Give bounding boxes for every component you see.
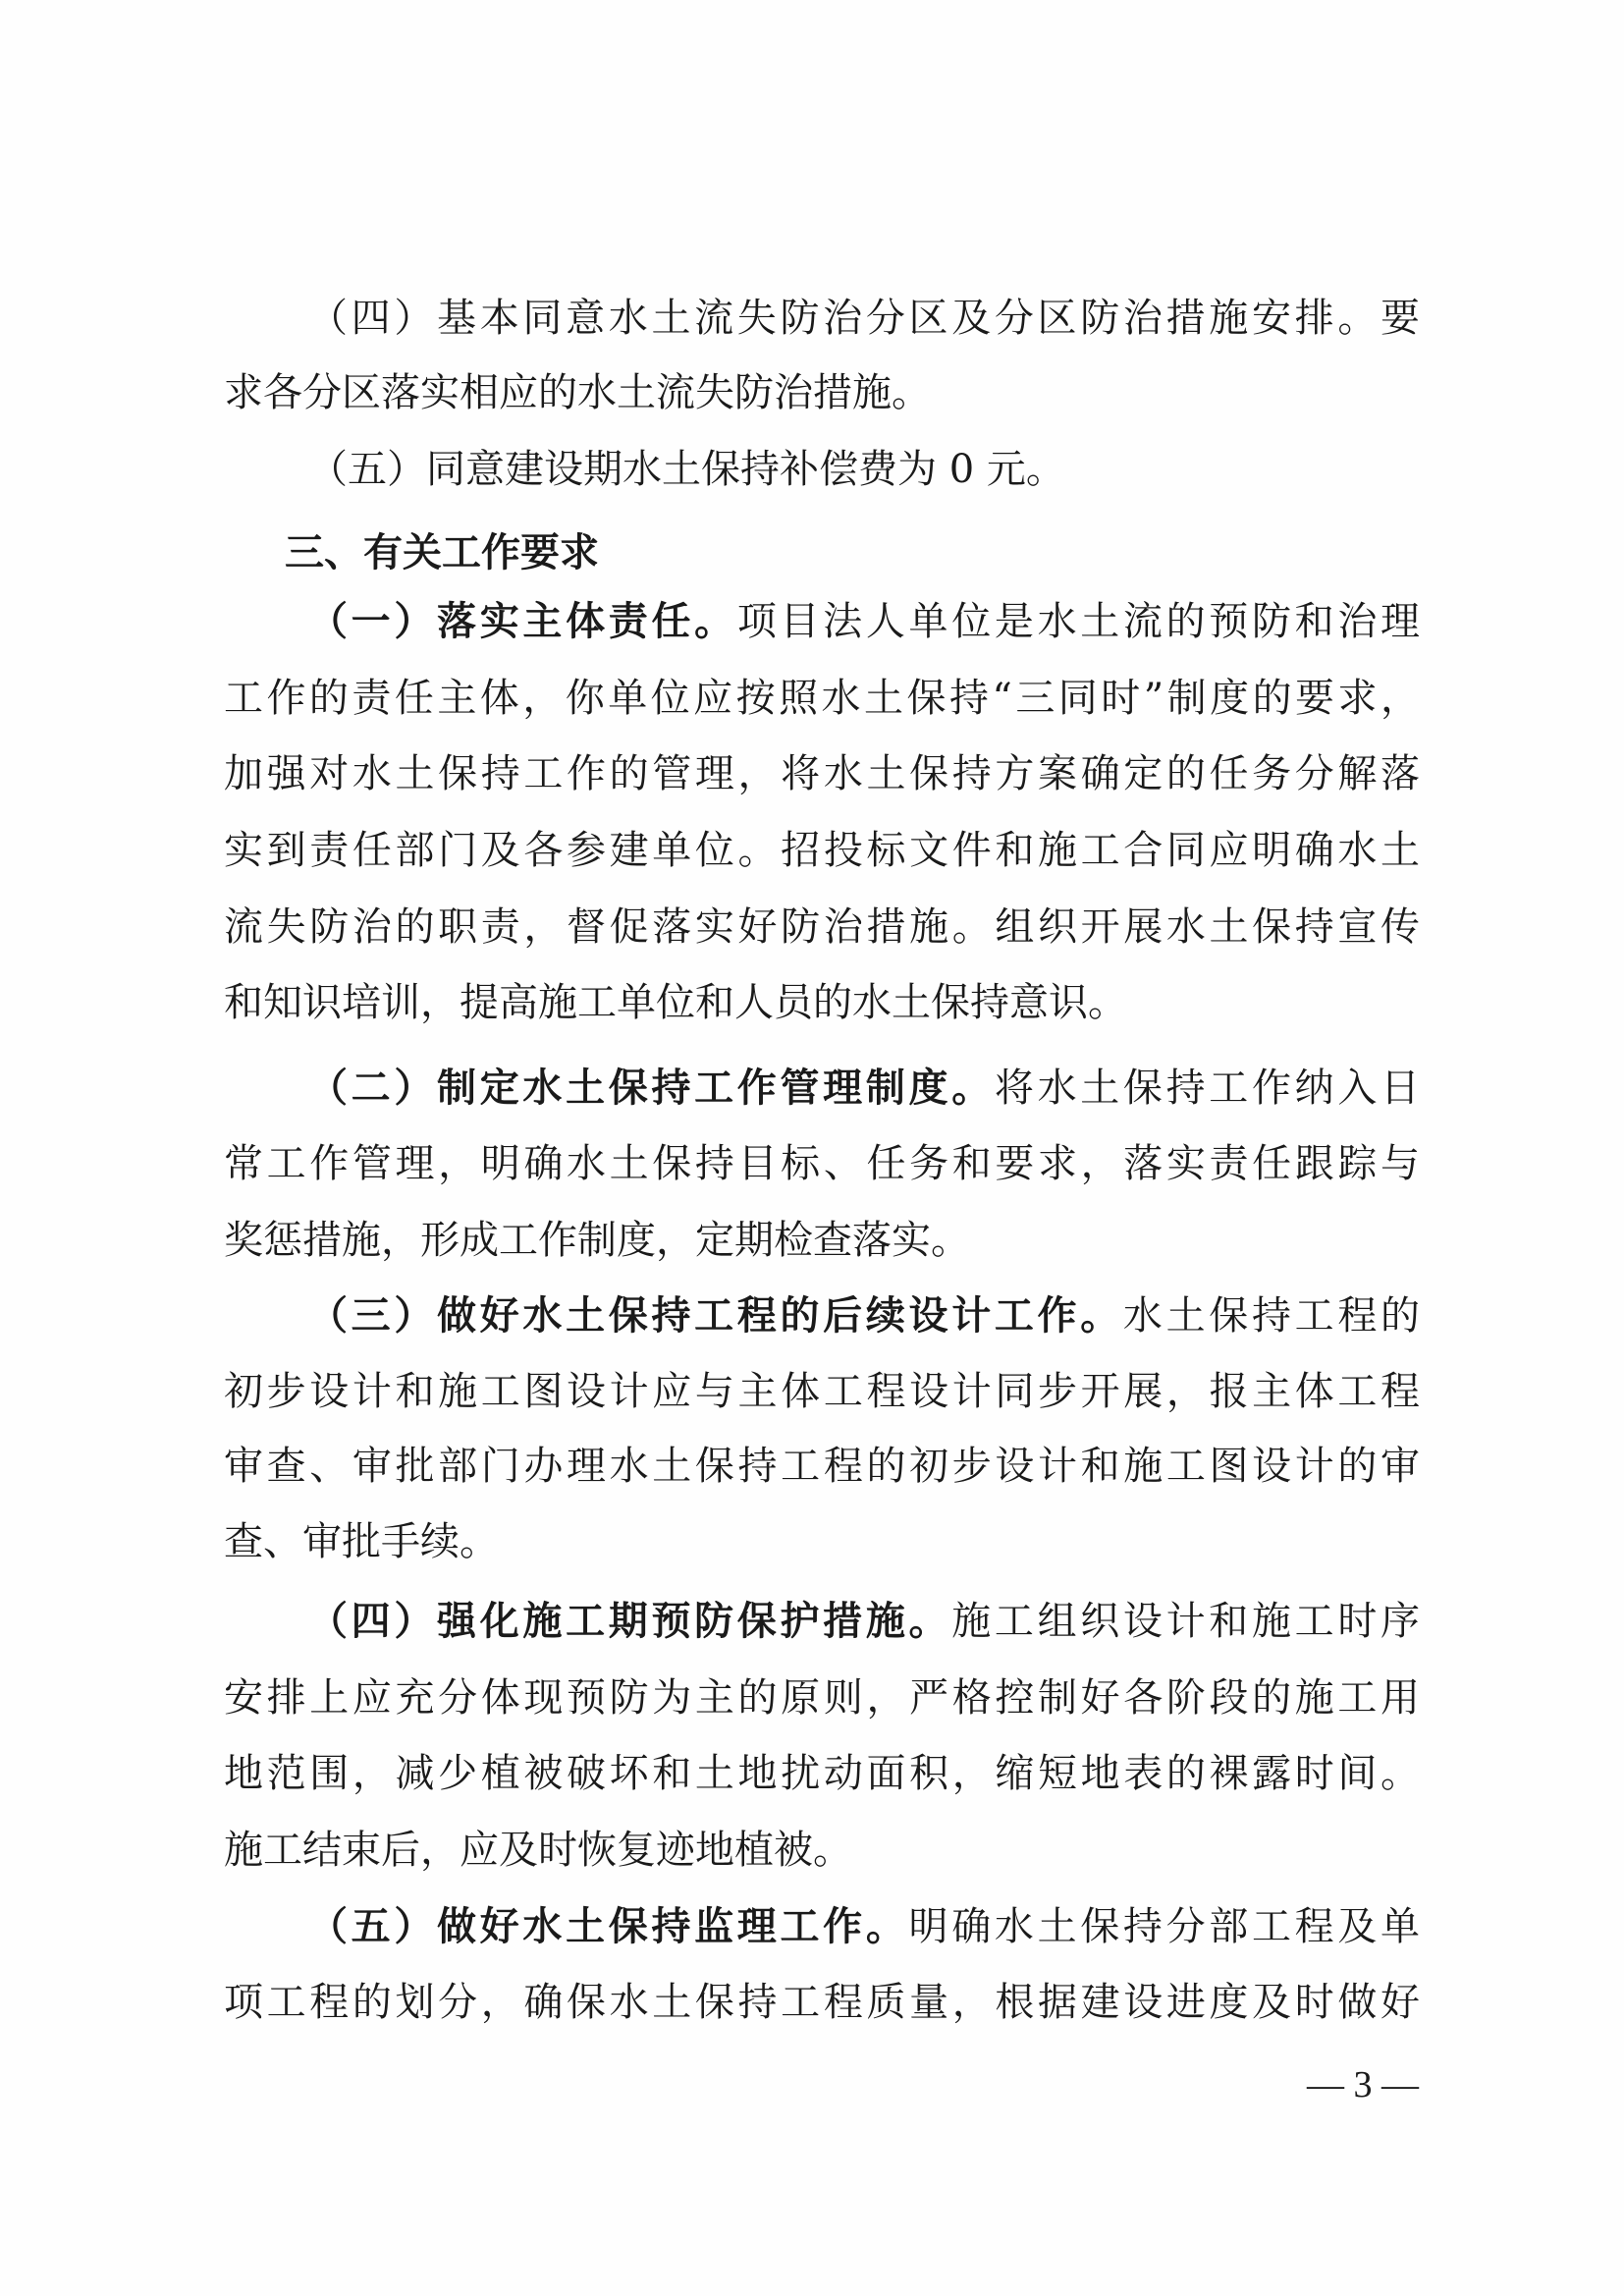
requirement-lead: （四）强化施工期预防保护措施。 — [308, 1598, 951, 1644]
paragraph-line: （四）基本同意水土流失防治分区及分区防治措施安排。要 — [224, 294, 1420, 343]
requirement-lead: （五）做好水土保持监理工作。 — [308, 1903, 909, 1949]
paragraph-line: 查、审批手续。 — [224, 1517, 1420, 1566]
requirement-lead: （一）落实主体责任。 — [308, 598, 737, 644]
requirement-three-first-line: （三）做好水土保持工程的后续设计工作。水土保持工程的 — [224, 1291, 1420, 1340]
paragraph-line: 地范围，减少植被破坏和土地扰动面积，缩短地表的裸露时间。 — [224, 1749, 1420, 1798]
page-number: — 3 — — [1294, 2060, 1432, 2109]
paragraph-line: 工作的责任主体，你单位应按照水土保持“三同时”制度的要求， — [224, 674, 1420, 723]
paragraph-line: 流失防治的职责，督促落实好防治措施。组织开展水土保持宣传 — [224, 902, 1420, 952]
paragraph-line: 审查、审批部门办理水土保持工程的初步设计和施工图设计的审 — [224, 1442, 1420, 1491]
requirement-four-first-line: （四）强化施工期预防保护措施。施工组织设计和施工时序 — [224, 1597, 1420, 1646]
paragraph-line: 加强对水土保持工作的管理，将水土保持方案确定的任务分解落 — [224, 749, 1420, 798]
paragraph-line: 实到责任部门及各参建单位。招投标文件和施工合同应明确水土 — [224, 826, 1420, 875]
section-heading: 三、有关工作要求 — [224, 528, 1481, 577]
requirement-text: 明确水土保持分部工程及单 — [909, 1904, 1420, 1949]
requirement-lead: （二）制定水土保持工作管理制度。 — [308, 1065, 995, 1111]
requirement-two-first-line: （二）制定水土保持工作管理制度。将水土保持工作纳入日 — [224, 1064, 1420, 1113]
requirement-five-first-line: （五）做好水土保持监理工作。明确水土保持分部工程及单 — [224, 1902, 1420, 1951]
requirement-text: 水土保持工程的 — [1123, 1293, 1420, 1339]
paragraph-line: 初步设计和施工图设计应与主体工程设计同步开展，报主体工程 — [224, 1367, 1420, 1416]
paragraph-line: 项工程的划分，确保水土保持工程质量，根据建设进度及时做好 — [224, 1978, 1420, 2027]
paragraph-line: 求各分区落实相应的水土流失防治措施。 — [224, 368, 1420, 417]
requirement-one-first-line: （一）落实主体责任。项目法人单位是水土流的预防和治理 — [224, 597, 1420, 646]
paragraph-line: 奖惩措施，形成工作制度，定期检查落实。 — [224, 1216, 1420, 1265]
requirement-text: 项目法人单位是水土流的预防和治理 — [737, 599, 1420, 644]
requirement-text: 施工组织设计和施工时序 — [951, 1599, 1420, 1644]
document-page: （四）基本同意水土流失防治分区及分区防治措施安排。要 求各分区落实相应的水土流失… — [0, 0, 1624, 2296]
paragraph-line: 常工作管理，明确水土保持目标、任务和要求，落实责任跟踪与 — [224, 1139, 1420, 1188]
paragraph-line: 和知识培训，提高施工单位和人员的水土保持意识。 — [224, 978, 1420, 1027]
paragraph-line: 安排上应充分体现预防为主的原则，严格控制好各阶段的施工用 — [224, 1673, 1420, 1722]
paragraph-line: （五）同意建设期水土保持补偿费为 0 元。 — [224, 445, 1420, 494]
requirement-text: 将水土保持工作纳入日 — [995, 1066, 1420, 1111]
paragraph-line: 施工结束后，应及时恢复迹地植被。 — [224, 1826, 1420, 1875]
requirement-lead: （三）做好水土保持工程的后续设计工作。 — [308, 1292, 1123, 1339]
